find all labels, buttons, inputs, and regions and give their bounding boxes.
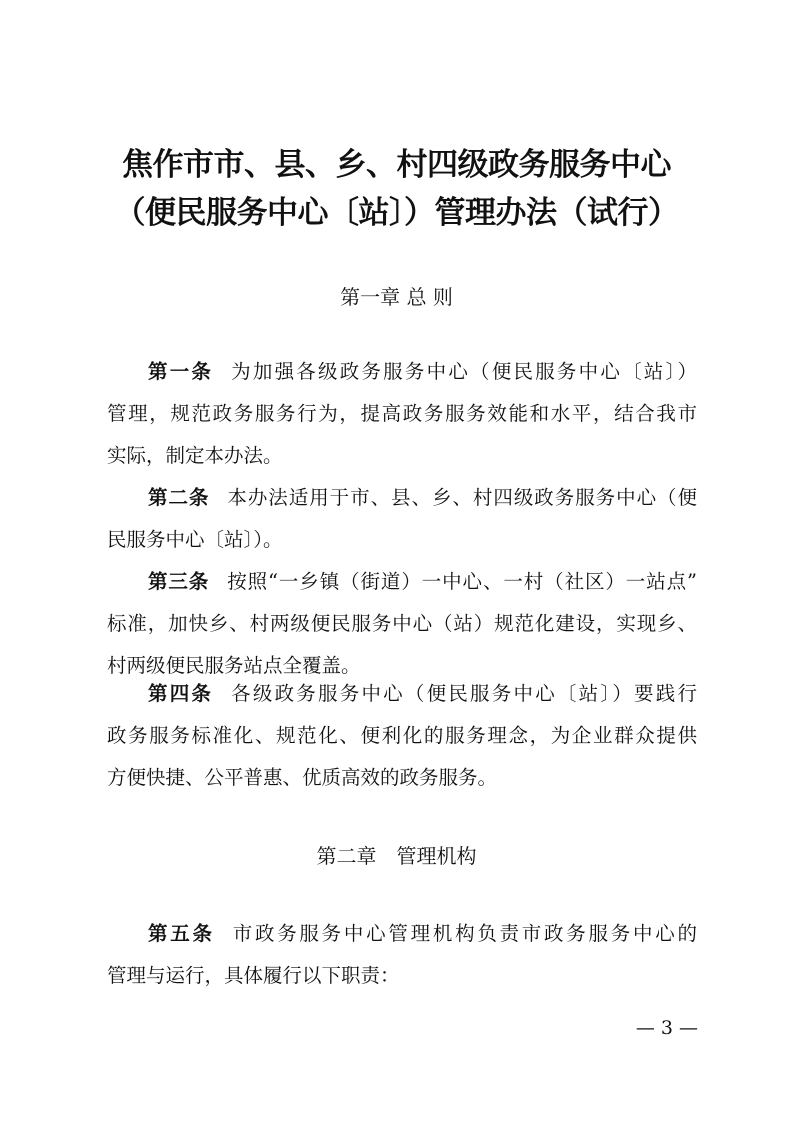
chapter-heading-2: 第二章 管理机构	[0, 842, 793, 870]
article-label: 第四条	[148, 682, 213, 705]
article-label: 第二条	[148, 486, 209, 509]
article-5-line-2: 管理与运行，具体履行以下职责：	[107, 962, 697, 990]
article-1-line-1: 第一条为加强各级政务服务中心（便民服务中心〔站〕）	[148, 358, 697, 386]
article-3-line-2: 标准，加快乡、村两级便民服务中心（站）规范化建设，实现乡、	[107, 610, 697, 638]
document-page: 焦作市市、县、乡、村四级政务服务中心 （便民服务中心〔站〕）管理办法（试行） 第…	[0, 0, 793, 1122]
article-3-line-3: 村两级便民服务站点全覆盖。	[107, 652, 697, 680]
article-label: 第一条	[148, 360, 213, 383]
article-3-line-1: 第三条按照“一乡镇（街道）一中心、一村（社区）一站点”	[148, 568, 697, 596]
document-title-line-1: 焦作市市、县、乡、村四级政务服务中心	[0, 143, 793, 187]
article-2-line-1: 第二条本办法适用于市、县、乡、村四级政务服务中心（便	[148, 484, 697, 512]
article-label: 第五条	[148, 922, 215, 945]
article-4-line-2: 政务服务标准化、规范化、便利化的服务理念，为企业群众提供	[107, 722, 697, 750]
chapter-heading-1: 第一章 总 则	[0, 283, 793, 311]
article-1-line-3: 实际，制定本办法。	[107, 442, 697, 470]
article-1-line-2: 管理，规范政务服务行为，提高政务服务效能和水平，结合我市	[107, 400, 697, 428]
article-4-line-1: 第四条各级政务服务中心（便民服务中心〔站〕）要践行	[148, 680, 697, 708]
article-5-line-1: 第五条市政务服务中心管理机构负责市政务服务中心的	[148, 920, 697, 948]
page-number: — 3 —	[618, 1015, 698, 1041]
article-4-line-3: 方便快捷、公平普惠、优质高效的政务服务。	[107, 764, 697, 792]
article-2-line-2: 民服务中心〔站〕）。	[107, 526, 697, 554]
article-label: 第三条	[148, 570, 209, 593]
document-title-line-2: （便民服务中心〔站〕）管理办法（试行）	[0, 191, 793, 235]
